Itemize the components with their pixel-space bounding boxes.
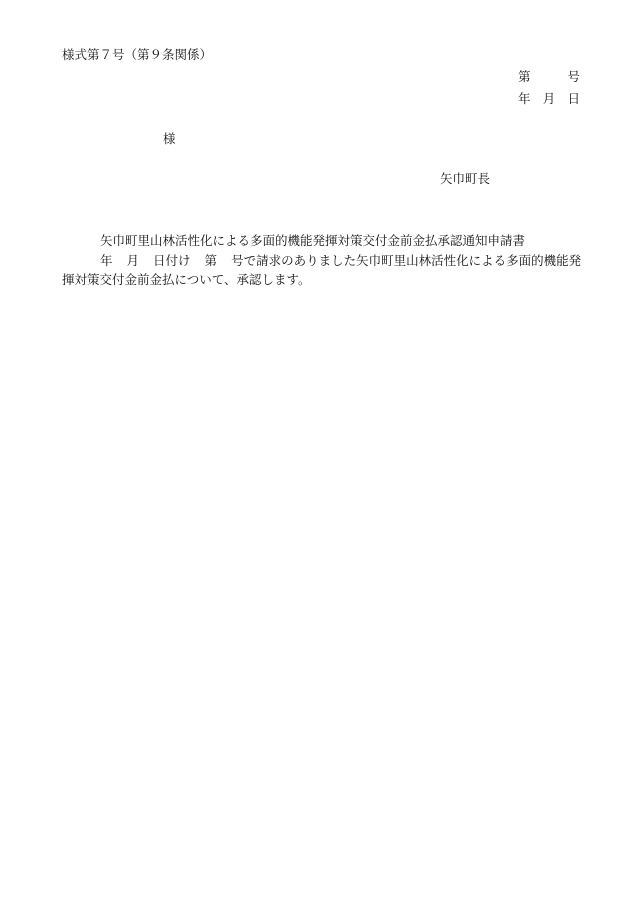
date-day: 日 [567,91,580,113]
document-date: 年 月 日 [518,91,580,113]
number-suffix: 号 [567,69,580,91]
body-number-prefix: 第 [205,253,218,268]
document-page: 様式第７号（第９条関係） 第 号 年 月 日 様 矢巾町長 矢巾町里山林活性化に… [0,0,630,903]
body-month: 月 [127,253,140,268]
body-line-1: 年月日付け第号で請求のありました矢巾町里山林活性化による多面的機能発 [100,253,581,269]
document-title: 矢巾町里山林活性化による多面的機能発揮対策交付金前金払承認通知申請書 [100,233,525,249]
body-year: 年 [100,253,113,268]
addressee: 様 [163,131,176,147]
date-year: 年 [518,91,531,113]
document-number-date-block: 第 号 年 月 日 [518,69,580,113]
form-label: 様式第７号（第９条関係） [62,47,212,63]
number-prefix: 第 [518,69,531,91]
issuer-name: 矢巾町長 [440,171,490,187]
date-month: 月 [543,91,556,113]
document-number: 第 号 [518,69,580,91]
body-day: 日付け [153,253,191,268]
body-line-1-rest: 号で請求のありました矢巾町里山林活性化による多面的機能発 [231,253,581,268]
body-line-2: 揮対策交付金前金払について、承認します。 [62,272,311,288]
